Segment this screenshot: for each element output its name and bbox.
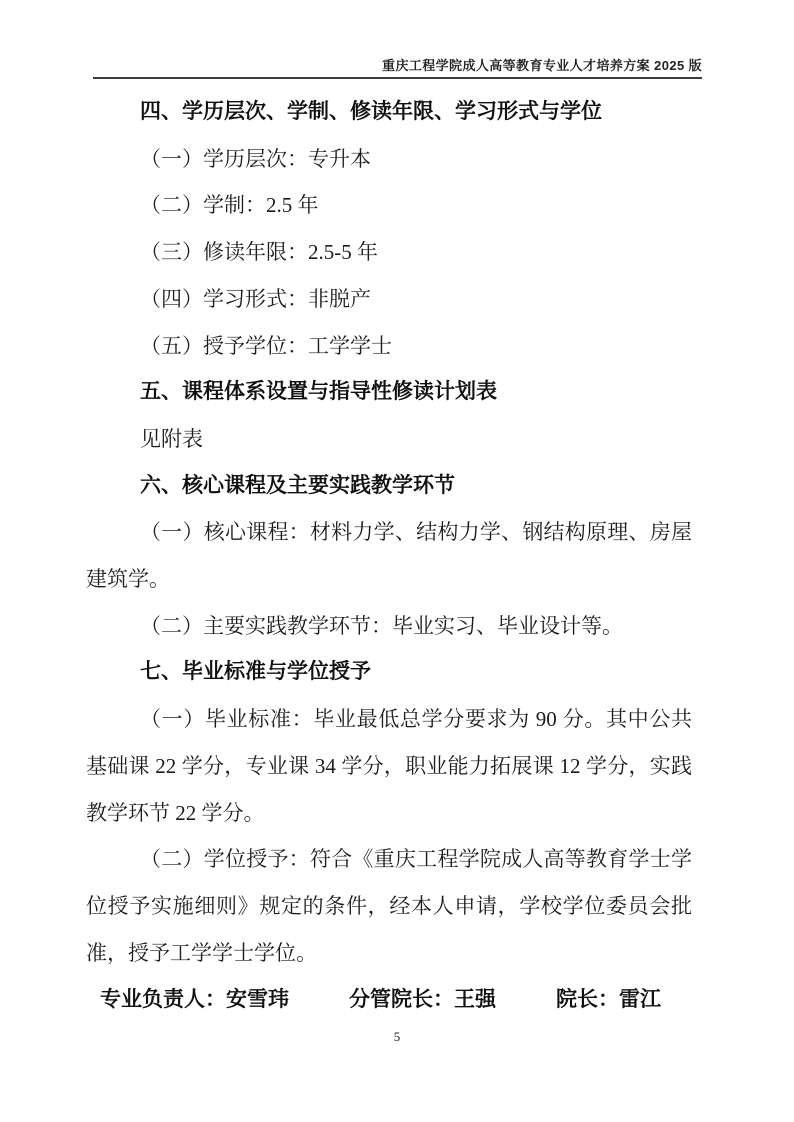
program-leader-signature: 专业负责人：安雪玮 — [100, 976, 289, 1023]
document-body: 四、学历层次、学制、修读年限、学习形式与学位 （一）学历层次：专升本 （二）学制… — [86, 89, 692, 1023]
header-title: 重庆工程学院成人高等教育专业人才培养方案 2025 版 — [93, 0, 702, 73]
page-number: 5 — [0, 1028, 794, 1046]
dean-label: 院长： — [556, 987, 619, 1011]
section-heading-5: 五、课程体系设置与指导性修读计划表 — [86, 369, 692, 416]
section-heading-6: 六、核心课程及主要实践教学环节 — [86, 463, 692, 510]
item-study-years: （三）修读年限：2.5-5 年 — [86, 229, 692, 276]
page-header: 重庆工程学院成人高等教育专业人才培养方案 2025 版 — [93, 0, 702, 79]
item-study-form: （四）学习形式：非脱产 — [86, 276, 692, 323]
dean-name: 雷江 — [619, 987, 661, 1011]
dean-signature: 院长：雷江 — [556, 976, 661, 1023]
item-schooling-length: （二）学制：2.5 年 — [86, 182, 692, 229]
signature-line: 专业负责人：安雪玮 分管院长：王强 院长：雷江 — [86, 976, 692, 1023]
vice-dean-label: 分管院长： — [349, 987, 454, 1011]
header-rule-divider — [93, 77, 702, 79]
vice-dean-signature: 分管院长：王强 — [349, 976, 496, 1023]
section-heading-7: 七、毕业标准与学位授予 — [86, 649, 692, 696]
document-page: 重庆工程学院成人高等教育专业人才培养方案 2025 版 四、学历层次、学制、修读… — [0, 0, 794, 1122]
vice-dean-name: 王强 — [454, 987, 496, 1011]
item-education-level: （一）学历层次：专升本 — [86, 136, 692, 183]
paragraph-graduation-standard: （一）毕业标准：毕业最低总学分要求为 90 分。其中公共基础课 22 学分，专业… — [86, 696, 692, 836]
paragraph-degree-award: （二）学位授予：符合《重庆工程学院成人高等教育学士学位授予实施细则》规定的条件，… — [86, 836, 692, 976]
see-attached-table-note: 见附表 — [86, 416, 692, 463]
section-heading-4: 四、学历层次、学制、修读年限、学习形式与学位 — [86, 89, 692, 136]
program-leader-name: 安雪玮 — [226, 987, 289, 1011]
paragraph-core-courses: （一）核心课程：材料力学、结构力学、钢结构原理、房屋建筑学。 — [86, 509, 692, 602]
program-leader-label: 专业负责人： — [100, 987, 226, 1011]
paragraph-practice-links: （二）主要实践教学环节：毕业实习、毕业设计等。 — [86, 603, 692, 650]
item-degree-awarded: （五）授予学位：工学学士 — [86, 323, 692, 370]
